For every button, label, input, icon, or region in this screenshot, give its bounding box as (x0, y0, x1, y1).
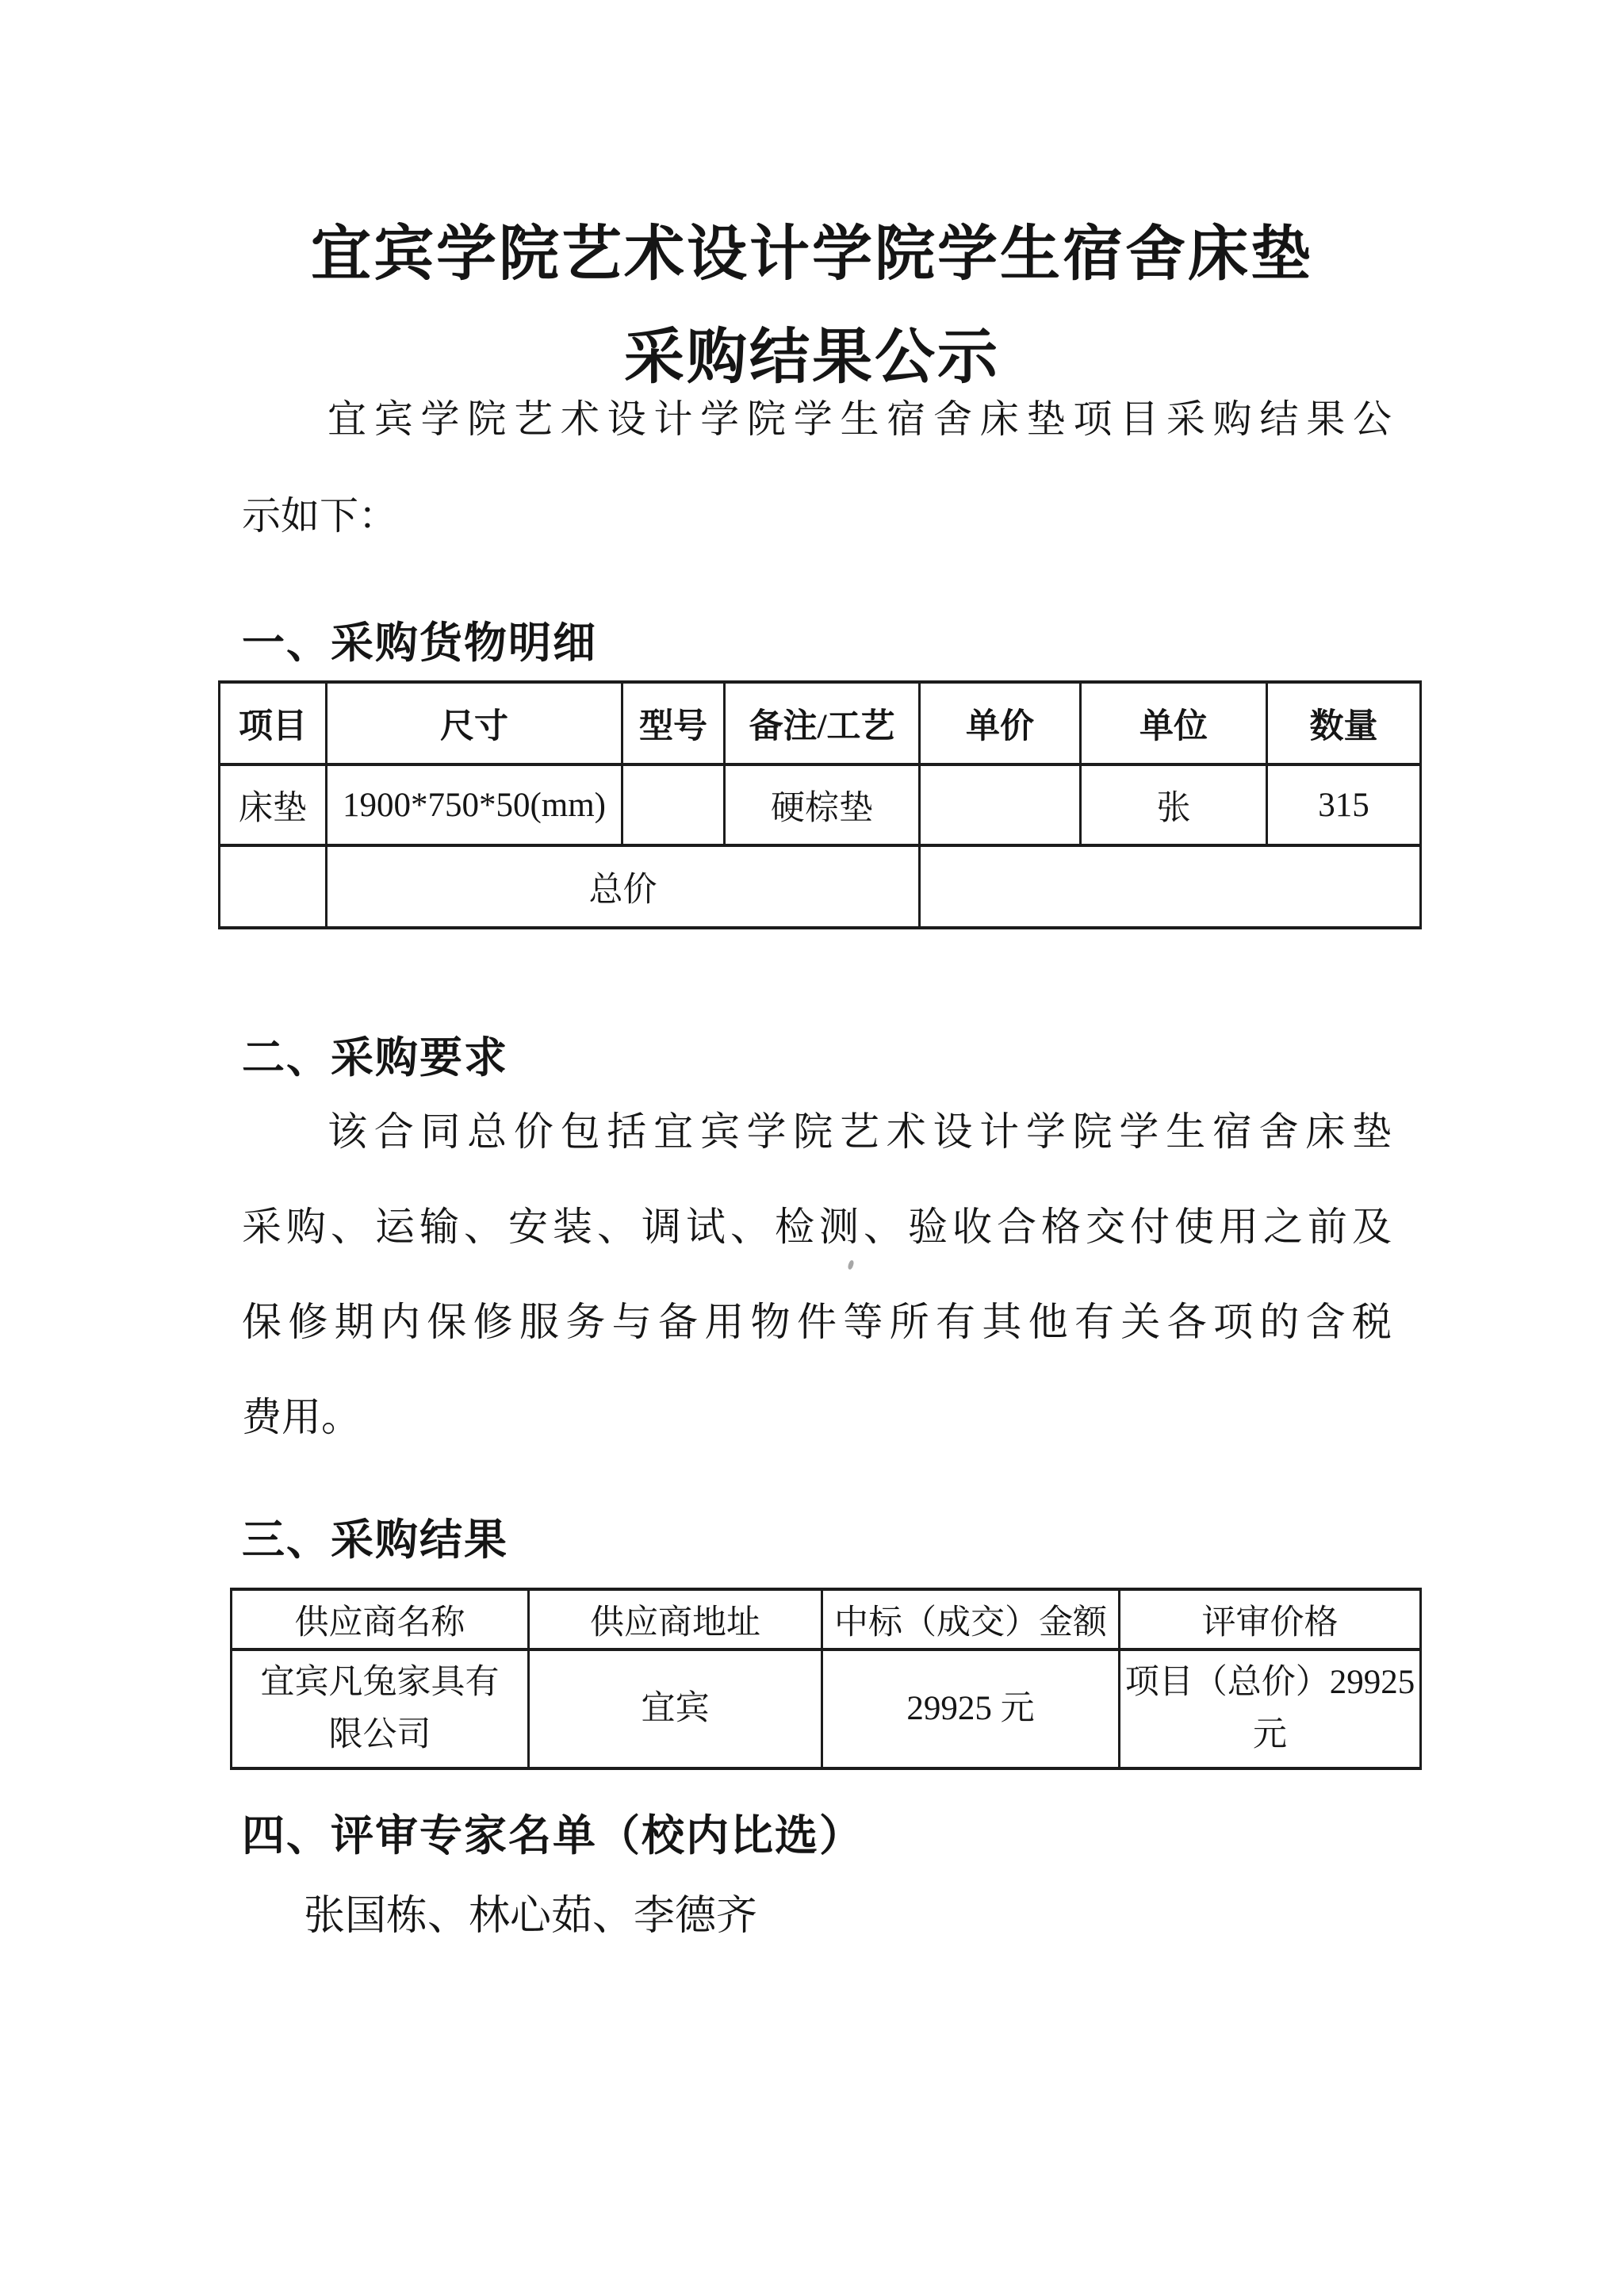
cell-size: 1900*750*50(mm) (327, 764, 622, 845)
result-table: 供应商名称 供应商地址 中标（成交）金额 评审价格 宜宾凡兔家具有限公司 宜宾 … (230, 1588, 1422, 1770)
cell-item: 床垫 (220, 764, 327, 845)
cell-amount: 29925 元 (822, 1649, 1120, 1768)
goods-header-unit-price: 单价 (920, 682, 1081, 764)
cell-address: 宜宾 (529, 1649, 822, 1768)
goods-table: 项目 尺寸 型号 备注/工艺 单价 单位 数量 床垫 1900*750*50(m… (218, 680, 1422, 929)
cell-model (622, 764, 725, 845)
result-header-amount: 中标（成交）金额 (822, 1589, 1120, 1649)
goods-header-model: 型号 (622, 682, 725, 764)
review-price-text: 项目（总价）29925 元 (1123, 1657, 1418, 1761)
cell-total-label: 总价 (327, 845, 920, 928)
result-header-address: 供应商地址 (529, 1589, 822, 1649)
cell-unit-price (920, 764, 1081, 845)
goods-table-header-row: 项目 尺寸 型号 备注/工艺 单价 单位 数量 (220, 682, 1421, 764)
section-heading-experts: 四、评审专家名单（校内比选） (242, 1813, 864, 1859)
cell-supplier: 宜宾凡兔家具有限公司 (232, 1649, 529, 1768)
table-row: 床垫 1900*750*50(mm) 硬棕垫 张 315 (220, 764, 1421, 845)
result-header-supplier: 供应商名称 (232, 1589, 529, 1649)
document-page: 宜宾学院艺术设计学院学生宿舍床垫 采购结果公示 宜宾学院艺术设计学院学生宿舍床垫… (0, 0, 1624, 2272)
cell-review-price: 项目（总价）29925 元 (1120, 1649, 1421, 1768)
title-line-1: 宜宾学院艺术设计学院学生宿舍床垫 (0, 203, 1624, 306)
goods-header-note: 备注/工艺 (725, 682, 920, 764)
requirements-line: 保修期内保修服务与备用物件等所有其他有关各项的含税 (242, 1274, 1392, 1370)
section-heading-result: 三、采购结果 (242, 1517, 508, 1563)
requirements-line: 采购、运输、安装、调试、检测、验收合格交付使用之前及 (242, 1179, 1392, 1274)
cell-empty (220, 845, 327, 928)
goods-header-quantity: 数量 (1267, 682, 1421, 764)
intro-line: 示如下： (242, 468, 1392, 565)
requirements-paragraph: 该合同总价包括宜宾学院艺术设计学院学生宿舍床垫 采购、运输、安装、调试、检测、验… (242, 1084, 1392, 1465)
cell-quantity: 315 (1267, 764, 1421, 845)
total-row: 总价 (220, 845, 1421, 928)
result-header-review-price: 评审价格 (1120, 1589, 1421, 1649)
goods-header-unit: 单位 (1081, 682, 1267, 764)
table-row: 宜宾凡兔家具有限公司 宜宾 29925 元 项目（总价）29925 元 (232, 1649, 1421, 1768)
requirements-line: 该合同总价包括宜宾学院艺术设计学院学生宿舍床垫 (242, 1084, 1392, 1179)
section-heading-requirements: 二、采购要求 (242, 1035, 508, 1081)
cell-note: 硬棕垫 (725, 764, 920, 845)
intro-paragraph: 宜宾学院艺术设计学院学生宿舍床垫项目采购结果公 示如下： (242, 371, 1392, 565)
experts-names: 张国栋、林心茹、李德齐 (304, 1894, 757, 1940)
intro-line: 宜宾学院艺术设计学院学生宿舍床垫项目采购结果公 (242, 371, 1392, 468)
cell-unit: 张 (1081, 764, 1267, 845)
goods-header-size: 尺寸 (327, 682, 622, 764)
goods-header-item: 项目 (220, 682, 327, 764)
result-table-header-row: 供应商名称 供应商地址 中标（成交）金额 评审价格 (232, 1589, 1421, 1649)
cell-total-value (920, 845, 1421, 928)
requirements-line: 费用。 (242, 1370, 1392, 1465)
supplier-text: 宜宾凡兔家具有限公司 (257, 1657, 503, 1761)
section-heading-goods: 一、采购货物明细 (242, 620, 597, 666)
